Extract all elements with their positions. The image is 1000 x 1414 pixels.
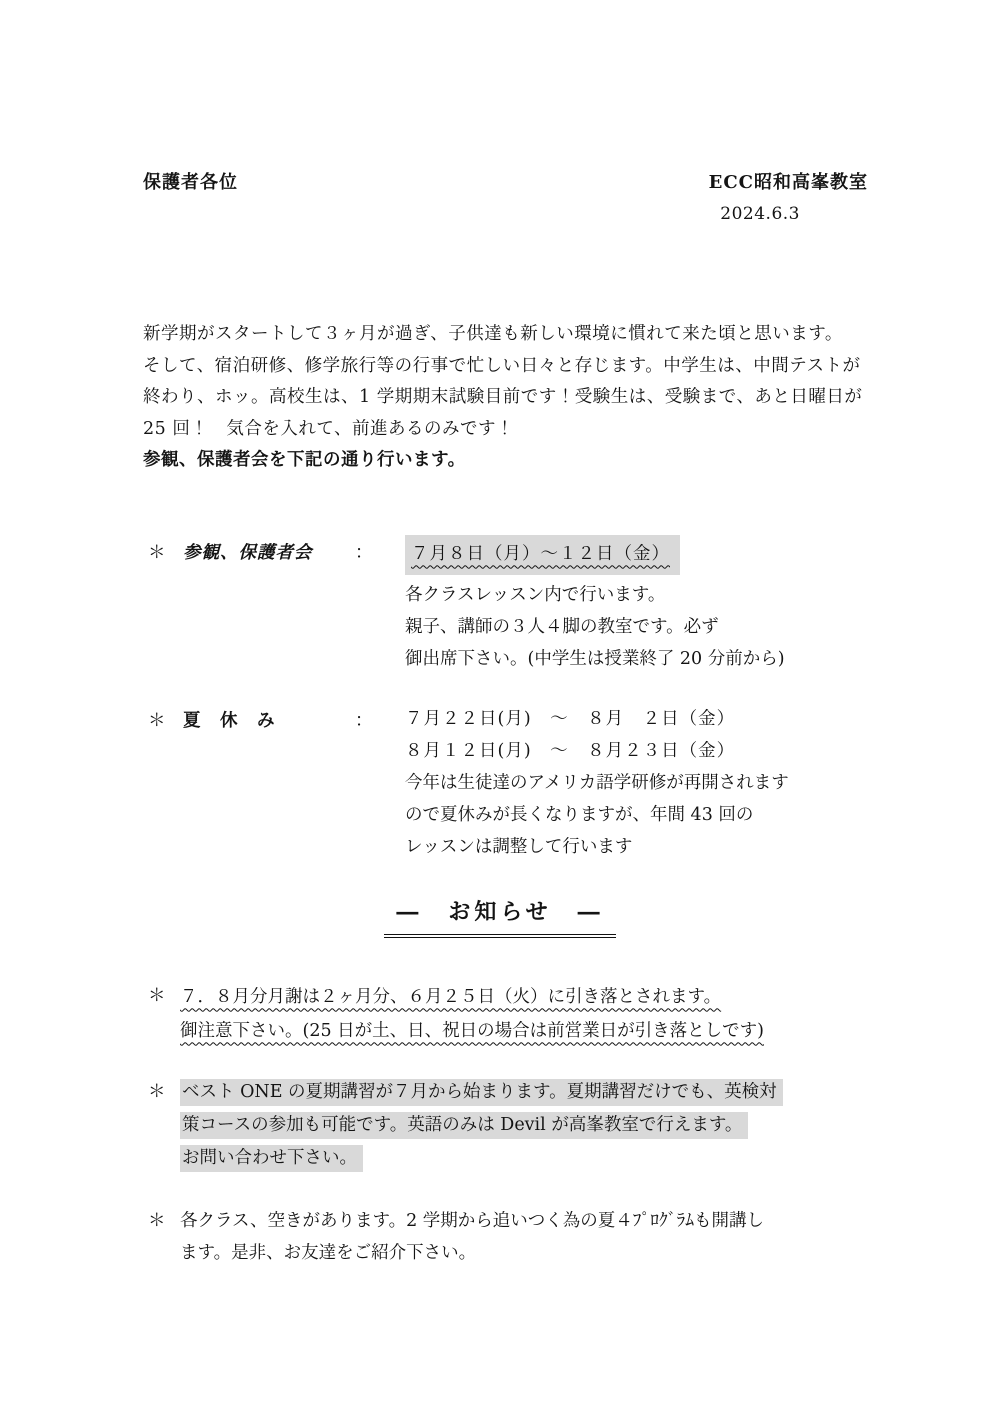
bestone-line-highlight: お問い合わせ下さい。 <box>180 1145 363 1172</box>
bestone-line-highlight: ベスト ONE の夏期講習が７月から始まります。夏期講習だけでも、英検対 <box>180 1079 783 1106</box>
vacancy-line: 各クラス、空きがあります。2 学期から追いつく為の夏４ﾌﾟﾛｸﾞﾗﾑも開講し <box>180 1205 920 1237</box>
intro-line: 終わり、ホッ。高校生は、1 学期期末試験目前です！受験生は、受験まで、あと日曜日… <box>143 382 890 414</box>
notice-item-payment: ＊ ７．８月分月謝は２ヶ月分、６月２５日（火）に引き落とされます。 御注意下さい… <box>148 980 920 1048</box>
notice-heading: ― お知らせ ― <box>0 895 1000 938</box>
document-page: 保護者各位 ECC昭和高峯教室 2024.6.3 新学期がスタートして３ヶ月が過… <box>0 0 1000 1414</box>
bullet-marker: ＊ <box>148 535 183 675</box>
notice-item-bestone: ＊ ベスト ONE の夏期講習が７月から始まります。夏期講習だけでも、英検対 策… <box>148 1076 920 1175</box>
bestone-line-highlight: 策コースの参加も可能です。英語のみは Devil が高峯教室で行えます。 <box>180 1112 748 1139</box>
visit-detail-line: 親子、講師の３人４脚の教室です。必ず <box>405 611 910 643</box>
bullet-marker: ＊ <box>148 1076 180 1175</box>
intro-line: 新学期がスタートして３ヶ月が過ぎ、子供達も新しい環境に慣れて来た頃と思います。 <box>143 319 890 351</box>
visit-details: ７月８日（月）～１２日（金） 各クラスレッスン内で行います。 親子、講師の３人４… <box>405 535 910 675</box>
summer-detail-line: 今年は生徒達のアメリカ語学研修が再開されます <box>405 767 910 799</box>
notice-item-vacancy: ＊ 各クラス、空きがあります。2 学期から追いつく為の夏４ﾌﾟﾛｸﾞﾗﾑも開講し… <box>148 1205 920 1269</box>
recipient-label: 保護者各位 <box>143 168 238 194</box>
summer-label: 夏 休 み <box>183 703 355 863</box>
doc-date: 2024.6.3 <box>720 204 800 224</box>
visit-detail-line: 各クラスレッスン内で行います。 <box>405 579 910 611</box>
document-header: 保護者各位 ECC昭和高峯教室 <box>143 168 868 194</box>
bullet-marker: ＊ <box>148 1205 180 1269</box>
schedule-item-summer: ＊ 夏 休 み ： ７月２２日(月) ～ ８月 ２日（金） ８月１２日(月) ～… <box>148 703 910 863</box>
vacancy-text: 各クラス、空きがあります。2 学期から追いつく為の夏４ﾌﾟﾛｸﾞﾗﾑも開講し ま… <box>180 1205 920 1269</box>
colon-separator: ： <box>355 703 405 863</box>
bestone-text: ベスト ONE の夏期講習が７月から始まります。夏期講習だけでも、英検対 策コー… <box>180 1076 920 1175</box>
colon-separator: ： <box>355 535 405 675</box>
visit-label: 参観、保護者会 <box>183 535 355 675</box>
payment-line: ７．８月分月謝は２ヶ月分、６月２５日（火）に引き落とされます。 <box>180 980 920 1014</box>
summer-detail-line: ので夏休みが長くなりますが、年間 43 回の <box>405 799 910 831</box>
summer-detail-line: レッスンは調整して行います <box>405 831 910 863</box>
intro-line: そして、宿泊研修、修学旅行等の行事で忙しい日々と存じます。中学生は、中間テストが <box>143 351 890 383</box>
visit-date-highlight: ７月８日（月）～１２日（金） <box>405 535 680 575</box>
bullet-marker: ＊ <box>148 703 183 863</box>
schedule-item-visit: ＊ 参観、保護者会 ： ７月８日（月）～１２日（金） 各クラスレッスン内で行いま… <box>148 535 910 675</box>
bullet-marker: ＊ <box>148 980 180 1048</box>
intro-paragraph: 新学期がスタートして３ヶ月が過ぎ、子供達も新しい環境に慣れて来た頃と思います。 … <box>143 319 890 477</box>
payment-text: ７．８月分月謝は２ヶ月分、６月２５日（火）に引き落とされます。 御注意下さい。(… <box>180 980 920 1048</box>
vacancy-line: ます。是非、お友達をご紹介下さい。 <box>180 1237 920 1269</box>
intro-line: 25 回！ 気合を入れて、前進あるのみです！ <box>143 414 890 446</box>
payment-line: 御注意下さい。(25 日が土、日、祝日の場合は前営業日が引き落としです) <box>180 1014 920 1048</box>
sender-label: ECC昭和高峯教室 <box>709 168 868 194</box>
date-row: 2024.6.3 <box>0 204 800 224</box>
summer-details: ７月２２日(月) ～ ８月 ２日（金） ８月１２日(月) ～ ８月２３日（金） … <box>405 703 910 863</box>
notice-heading-text: ― お知らせ ― <box>384 895 615 938</box>
summer-date-line: ７月２２日(月) ～ ８月 ２日（金） <box>405 703 910 735</box>
visit-detail-line: 御出席下さい。(中学生は授業終了 20 分前から) <box>405 643 910 675</box>
intro-line-emphasis: 参観、保護者会を下記の通り行います。 <box>143 445 890 477</box>
summer-date-line: ８月１２日(月) ～ ８月２３日（金） <box>405 735 910 767</box>
